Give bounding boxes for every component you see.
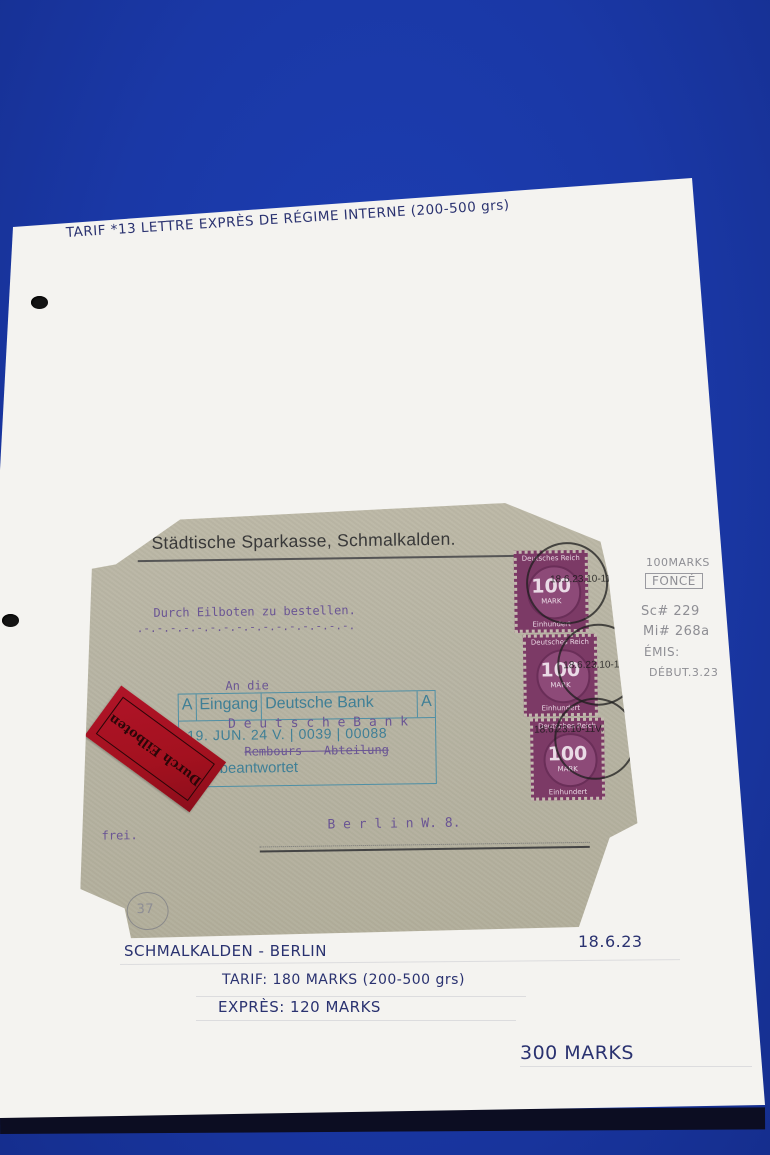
department: Rembours - Abteilung: [244, 743, 389, 759]
address-rule: [260, 846, 590, 853]
side-note-michel: Mi# 268a: [643, 624, 710, 639]
punch-hole-top: [31, 296, 48, 309]
side-note-shade: FONCÉ: [645, 573, 703, 589]
side-note-issue-date: DÉBUT.3.23: [649, 666, 718, 679]
city-line: B e r l i n W. 8.: [327, 816, 460, 833]
punch-hole-bottom: [2, 614, 19, 627]
tariff-note: TARIF: 180 MARKS (200-500 grs): [222, 972, 465, 988]
instruction-underline: .-.-.-.-.-.-.-.-.-.-.-.-.-.-.-.-.: [137, 619, 356, 635]
ruled-line: [196, 996, 526, 997]
letterhead: Städtische Sparkasse, Schmalkalden.: [151, 529, 456, 554]
addressee: D e u t s c h e B a n k: [228, 714, 408, 732]
pencil-number: 37: [137, 902, 155, 917]
ruled-line: [520, 1066, 752, 1067]
side-note-issue-label: ÉMIS:: [644, 645, 680, 659]
route-note: SCHMALKALDEN - BERLIN: [124, 942, 327, 960]
address-prefix: An die: [225, 678, 269, 693]
side-note-value: 100MARKS: [646, 556, 710, 569]
ruled-line: [196, 1020, 516, 1021]
receipt-cell: A: [179, 694, 197, 720]
postmark-datetime: 18.6.23.10-11V.: [534, 724, 604, 736]
receipt-cell: A: [418, 691, 435, 717]
receipt-footer: beantwortet: [220, 759, 299, 777]
express-fee-note: EXPRÈS: 120 MARKS: [218, 998, 381, 1016]
franking-note: frei.: [101, 828, 137, 843]
letterhead-rule: [138, 554, 558, 562]
envelope-cutout: Städtische Sparkasse, Schmalkalden. Durc…: [75, 501, 651, 941]
header-note: TARIF *13 LETTRE EXPRÈS DE RÉGIME INTERN…: [65, 197, 509, 241]
delivery-instruction: Durch Eilboten zu bestellen.: [153, 603, 355, 620]
date-note: 18.6.23: [578, 932, 643, 951]
total-note: 300 MARKS: [520, 1042, 634, 1064]
side-note-scott: Sc# 229: [641, 604, 700, 619]
